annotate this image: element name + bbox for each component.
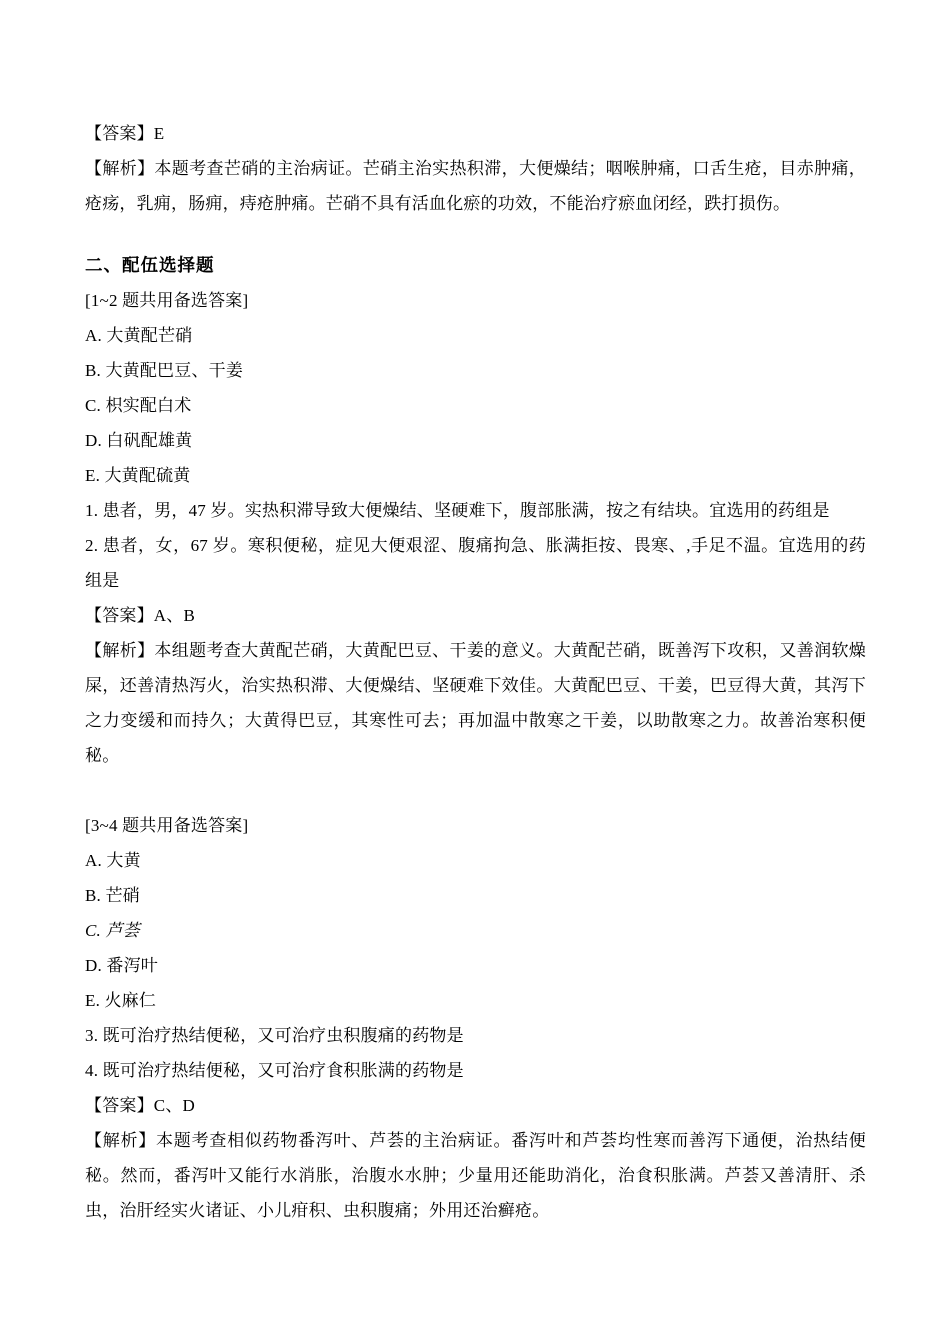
option-item-c-group1: C. 枳实配白术 [85, 388, 866, 423]
option-item-e-group2: E. 火麻仁 [85, 983, 866, 1018]
answer-line-q3-4: 【答案】C、D [85, 1088, 866, 1123]
analysis-paragraph-mangxiao: 【解析】本题考查芒硝的主治病证。芒硝主治实热积滞，大便燥结；咽喉肿痛，口舌生疮，… [85, 151, 866, 221]
option-item-e-group1: E. 大黄配硫黄 [85, 458, 866, 493]
option-item-c-group2: C. 芦荟 [85, 913, 866, 948]
document-page: 【答案】E【解析】本题考查芒硝的主治病证。芒硝主治实热积滞，大便燥结；咽喉肿痛，… [0, 0, 950, 1344]
option-item-a-group2: A. 大黄 [85, 843, 866, 878]
answer-group-label-3-4: [3~4 题共用备选答案] [85, 808, 866, 843]
question-item-3: 3. 既可治疗热结便秘，又可治疗虫积腹痛的药物是 [85, 1018, 866, 1053]
option-item-d-group2: D. 番泻叶 [85, 948, 866, 983]
answer-line-q1-2: 【答案】A、B [85, 598, 866, 633]
question-item-2: 2. 患者，女，67 岁。寒积便秘，症见大便艰涩、腹痛拘急、胀满拒按、畏寒、,手… [85, 528, 866, 598]
question-item-4: 4. 既可治疗热结便秘，又可治疗食积胀满的药物是 [85, 1053, 866, 1088]
analysis-paragraph-fanxieye-luhui: 【解析】本题考查相似药物番泻叶、芦荟的主治病证。番泻叶和芦荟均性寒而善泻下通便，… [85, 1123, 866, 1228]
option-item-a-group1: A. 大黄配芒硝 [85, 318, 866, 353]
option-item-b-group1: B. 大黄配巴豆、干姜 [85, 353, 866, 388]
option-item-b-group2: B. 芒硝 [85, 878, 866, 913]
answer-group-label-1-2: [1~2 题共用备选答案] [85, 283, 866, 318]
option-item-d-group1: D. 白矾配雄黄 [85, 423, 866, 458]
analysis-paragraph-dahuang-peiwu: 【解析】本组题考查大黄配芒硝，大黄配巴豆、干姜的意义。大黄配芒硝，既善泻下攻积，… [85, 633, 866, 773]
document-content: 【答案】E【解析】本题考查芒硝的主治病证。芒硝主治实热积滞，大便燥结；咽喉肿痛，… [85, 116, 866, 1228]
answer-line-q-previous: 【答案】E [85, 116, 866, 151]
question-item-1: 1. 患者，男，47 岁。实热积滞导致大便燥结、坚硬难下，腹部胀满，按之有结块。… [85, 493, 866, 528]
section-heading-matching: 二、配伍选择题 [85, 248, 866, 283]
